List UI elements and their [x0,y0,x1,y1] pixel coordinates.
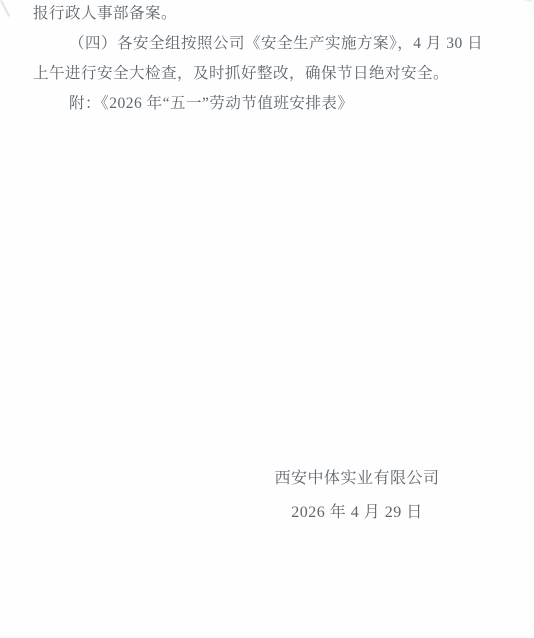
paragraph-item-four-line-1: （四）各安全组按照公司《安全生产实施方案》，4 月 30 日 [33,29,513,59]
signature-date: 2026 年 4 月 29 日 [177,496,534,530]
paragraph-item-four-line-2: 上午进行安全大检查，及时抓好整改，确保节日绝对安全。 [33,59,513,89]
scan-artifact-top-left [0,0,24,17]
scan-artifact-top-right [516,0,532,12]
paragraph-continuation: 报行政人事部备案。 [33,0,513,29]
document-page: 报行政人事部备案。 （四）各安全组按照公司《安全生产实施方案》，4 月 30 日… [0,0,534,638]
signature-company-name: 西安中体实业有限公司 [177,462,534,496]
attachment-reference: 附：《2026 年“五一”劳动节值班安排表》 [33,89,513,119]
signature-block: 西安中体实业有限公司 2026 年 4 月 29 日 [177,462,534,530]
document-body: 报行政人事部备案。 （四）各安全组按照公司《安全生产实施方案》，4 月 30 日… [33,0,513,119]
